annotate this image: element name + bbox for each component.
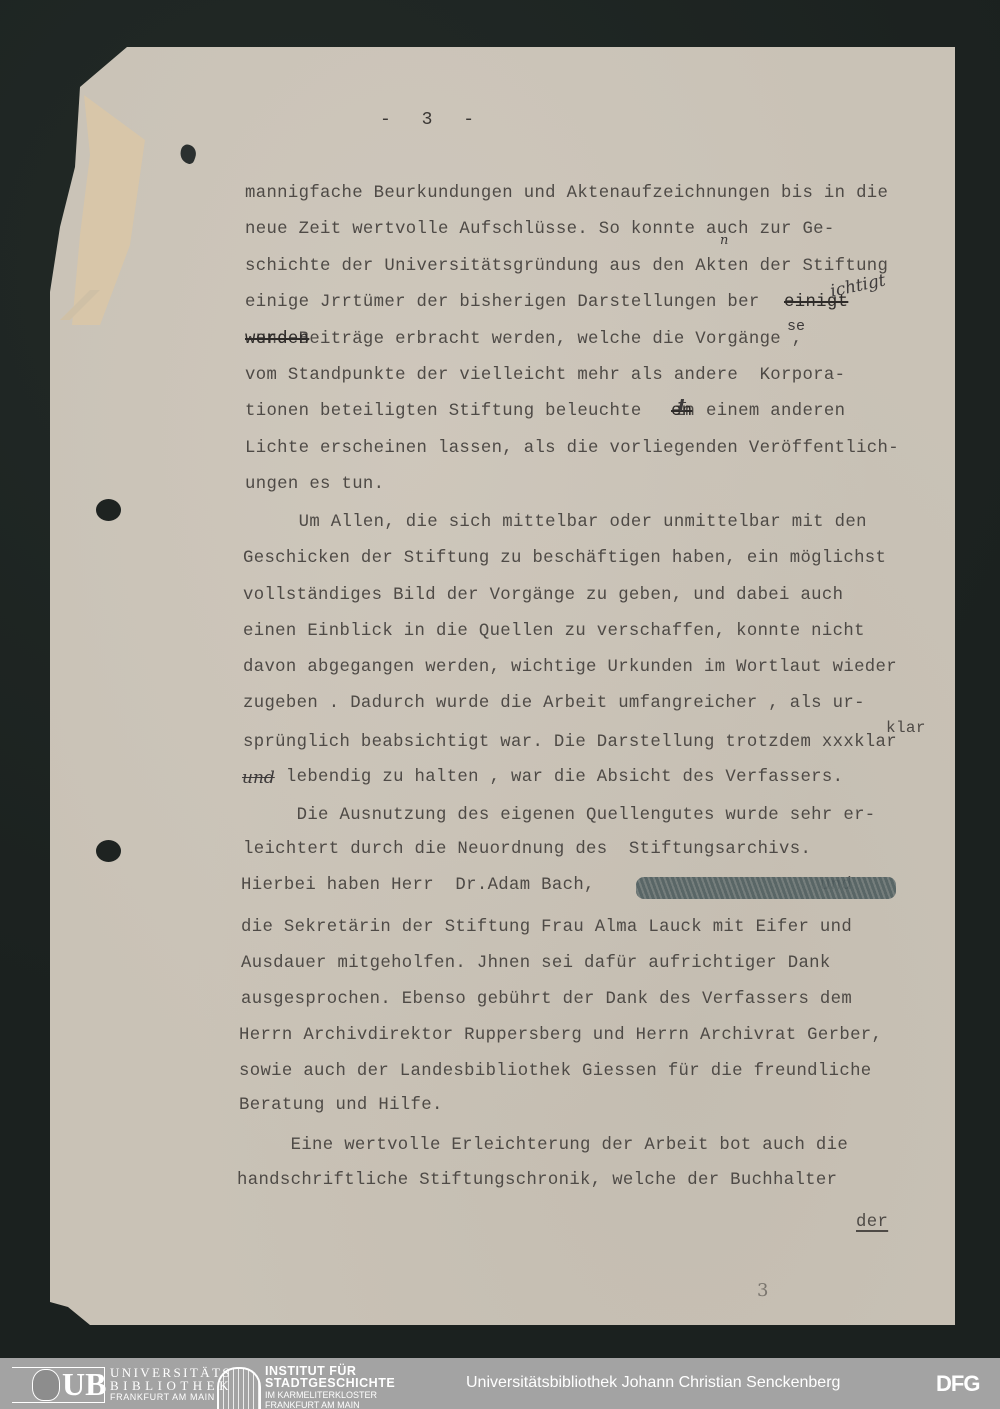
text-line: Beratung und Hilfe. (239, 1096, 443, 1115)
text-line: Herrn Archivdirektor Ruppersberg und Her… (239, 1026, 882, 1045)
footer-title: Universitätsbibliothek Johann Christian … (466, 1374, 840, 1392)
text-line: Ausdauer mitgeholfen. Jhnen sei dafür au… (241, 954, 831, 973)
text-line: handschriftliche Stiftungschronik, welch… (237, 1171, 837, 1190)
isg-line2: STADTGESCHICHTE (265, 1377, 395, 1390)
text-line: Geschicken der Stiftung zu beschäftigen … (243, 549, 886, 568)
text-line: tionen beteiligten Stiftung beleuchte in… (245, 402, 845, 421)
isg-logo[interactable]: INSTITUT FÜR STADTGESCHICHTE IM KARMELIT… (215, 1365, 395, 1405)
text-line: Um Allen, die sich mittelbar oder unmitt… (245, 513, 867, 532)
text-line: die Sekretärin der Stiftung Frau Alma La… (241, 918, 852, 937)
text-line: mannigfache Beurkundungen und Aktenaufze… (245, 184, 888, 203)
text-line: Eine wertvolle Erleichterung der Arbeit … (237, 1136, 848, 1155)
portrait-icon (32, 1369, 60, 1401)
redacted-scribble (636, 877, 896, 899)
text-line: sprünglich beabsichtigt war. Die Darstel… (243, 733, 897, 752)
text-line: ausgesprochen. Ebenso gebührt der Dank d… (241, 990, 852, 1009)
dfg-logo[interactable]: DFG (936, 1371, 979, 1397)
text-line: Die Ausnutzung des eigenen Quellengutes … (243, 806, 876, 825)
ub-logo[interactable]: UB UNIVERSITÄTS BIBLIOTHEK FRANKFURT AM … (12, 1365, 202, 1403)
struck-word: werden (245, 330, 309, 349)
text-line: lebendig zu halten , war die Absicht des… (243, 768, 843, 787)
punch-hole-bottom (96, 840, 121, 862)
text-line: davon abgegangen werden, wichtige Urkund… (243, 658, 897, 677)
text-line: schichte der Universitätsgründung aus de… (245, 257, 888, 276)
catchword: der (856, 1213, 888, 1232)
folio-number: 3 (757, 1280, 768, 1301)
text-line: neue Zeit wertvolle Aufschlüsse. So konn… (245, 220, 835, 239)
handwritten-correction: und (242, 768, 275, 788)
text-line: einen Einblick in die Quellen zu verscha… (243, 622, 865, 641)
handwritten-correction: t (678, 395, 686, 416)
text-line: einige Jrrtümer der bisherigen Darstellu… (245, 293, 760, 312)
punch-hole-top (96, 499, 121, 521)
text-line: Lichte erscheinen lassen, als die vorlie… (245, 439, 899, 458)
arch-icon (217, 1367, 261, 1409)
text-line: vom Standpunkte der vielleicht mehr als … (245, 366, 845, 385)
typed-insertion: klar (886, 719, 926, 737)
text-line: leichtert durch die Neuordnung des Stift… (243, 840, 811, 859)
isg-logo-text: INSTITUT FÜR STADTGESCHICHTE IM KARMELIT… (265, 1365, 395, 1409)
ub-letters: UB (62, 1367, 106, 1401)
text-line: ungen es tun. (245, 475, 384, 494)
footer-bar: UB UNIVERSITÄTS BIBLIOTHEK FRANKFURT AM … (0, 1358, 1000, 1409)
handwritten-correction: se (787, 318, 805, 335)
handwritten-correction: n (720, 233, 728, 248)
text-line: vollständiges Bild der Vorgänge zu geben… (243, 586, 843, 605)
isg-line3: IM KARMELITERKLOSTER (265, 1390, 395, 1400)
text-line: und Beiträge erbracht werden, welche die… (245, 330, 802, 349)
isg-line4: FRANKFURT AM MAIN (265, 1400, 395, 1409)
page-number: - 3 - (380, 110, 470, 130)
text-line: zugeben . Dadurch wurde die Arbeit umfan… (243, 694, 865, 713)
text-line: sowie auch der Landesbibliothek Giessen … (239, 1062, 872, 1081)
